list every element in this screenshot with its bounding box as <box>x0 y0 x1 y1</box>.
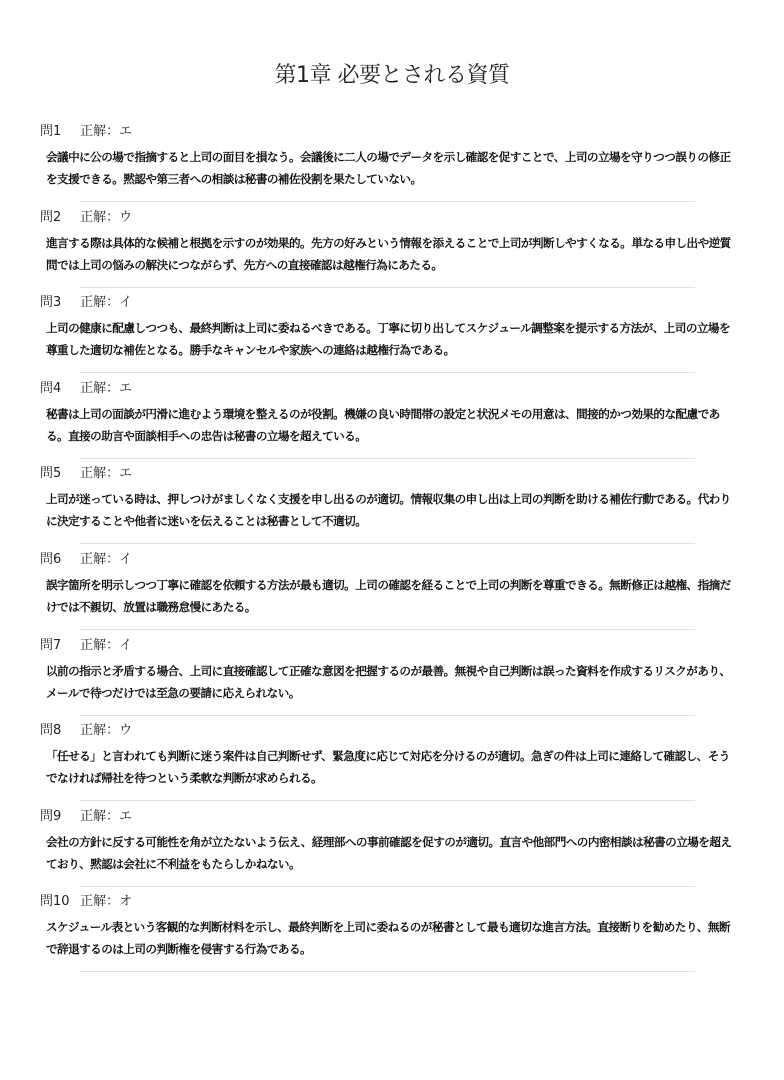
question-number: 問3 <box>40 293 74 313</box>
divider <box>80 715 695 716</box>
answer-explanation: 秘書は上司の面談が円滑に進むよう環境を整えるのが役割。機嫌の良い時間帯の設定と状… <box>46 403 738 447</box>
question-number: 問10 <box>40 892 74 912</box>
divider <box>80 543 695 544</box>
answer-explanation: 以前の指示と矛盾する場合、上司に直接確認して正確な意図を把握するのが最善。無視や… <box>46 660 738 704</box>
answer-item-9: 問9 正解：エ 会社の方針に反する可能性を角が立たないよう伝え、経理部への事前確… <box>0 807 784 893</box>
answer-header: 問1 正解：エ <box>40 122 132 142</box>
answer-explanation: 上司が迷っている時は、押しつけがましくなく支援を申し出るのが適切。情報収集の申し… <box>46 488 738 532</box>
answer-header: 問4 正解：エ <box>40 379 132 399</box>
question-number: 問9 <box>40 807 74 827</box>
correct-answer: 正解：ウ <box>80 723 132 738</box>
answer-explanation: 上司の健康に配慮しつつも、最終判断は上司に委ねるべきである。丁寧に切り出してスケ… <box>46 317 738 361</box>
correct-answer: 正解：エ <box>80 809 132 824</box>
question-number: 問1 <box>40 122 74 142</box>
correct-answer: 正解：オ <box>80 894 132 909</box>
correct-answer: 正解：イ <box>80 552 132 567</box>
answer-item-6: 問6 正解：イ 誤字箇所を明示しつつ丁寧に確認を依頼する方法が最も適切。上司の確… <box>0 550 784 636</box>
question-number: 問7 <box>40 636 74 656</box>
correct-answer: 正解：エ <box>80 466 132 481</box>
divider <box>80 458 695 459</box>
divider <box>80 971 695 972</box>
answer-item-2: 問2 正解：ウ 進言する際は具体的な候補と根拠を示すのが効果的。先方の好みという… <box>0 208 784 294</box>
correct-answer: 正解：エ <box>80 381 132 396</box>
question-number: 問5 <box>40 464 74 484</box>
correct-answer: 正解：ウ <box>80 210 132 225</box>
answer-item-1: 問1 正解：エ 会議中に公の場で指摘すると上司の面目を損なう。会議後に二人の場で… <box>0 122 784 208</box>
question-number: 問6 <box>40 550 74 570</box>
answer-item-3: 問3 正解：イ 上司の健康に配慮しつつも、最終判断は上司に委ねるべきである。丁寧… <box>0 293 784 379</box>
answer-explanation: 会社の方針に反する可能性を角が立たないよう伝え、経理部への事前確認を促すのが適切… <box>46 831 738 875</box>
question-number: 問8 <box>40 721 74 741</box>
answer-header: 問6 正解：イ <box>40 550 132 570</box>
divider <box>80 886 695 887</box>
divider <box>80 800 695 801</box>
divider <box>80 372 695 373</box>
answer-list: 問1 正解：エ 会議中に公の場で指摘すると上司の面目を損なう。会議後に二人の場で… <box>0 122 784 978</box>
answer-header: 問9 正解：エ <box>40 807 132 827</box>
question-number: 問4 <box>40 379 74 399</box>
answer-explanation: 会議中に公の場で指摘すると上司の面目を損なう。会議後に二人の場でデータを示し確認… <box>46 146 738 190</box>
answer-header: 問5 正解：エ <box>40 464 132 484</box>
answer-header: 問10 正解：オ <box>40 892 132 912</box>
correct-answer: 正解：イ <box>80 295 132 310</box>
answer-item-10: 問10 正解：オ スケジュール表という客観的な判断材料を示し、最終判断を上司に委… <box>0 892 784 978</box>
answer-header: 問2 正解：ウ <box>40 208 132 228</box>
answer-explanation: 誤字箇所を明示しつつ丁寧に確認を依頼する方法が最も適切。上司の確認を経ることで上… <box>46 574 738 618</box>
answer-header: 問3 正解：イ <box>40 293 132 313</box>
page-title: 第1章 必要とされる資質 <box>0 60 784 92</box>
answer-header: 問7 正解：イ <box>40 636 132 656</box>
answer-explanation: 進言する際は具体的な候補と根拠を示すのが効果的。先方の好みという情報を添えること… <box>46 232 738 276</box>
answer-item-4: 問4 正解：エ 秘書は上司の面談が円滑に進むよう環境を整えるのが役割。機嫌の良い… <box>0 379 784 465</box>
answer-item-5: 問5 正解：エ 上司が迷っている時は、押しつけがましくなく支援を申し出るのが適切… <box>0 464 784 550</box>
divider <box>80 287 695 288</box>
answer-item-8: 問8 正解：ウ 「任せる」と言われても判断に迷う案件は自己判断せず、緊急度に応じ… <box>0 721 784 807</box>
divider <box>80 201 695 202</box>
divider <box>80 629 695 630</box>
answer-item-7: 問7 正解：イ 以前の指示と矛盾する場合、上司に直接確認して正確な意図を把握する… <box>0 636 784 722</box>
answer-header: 問8 正解：ウ <box>40 721 132 741</box>
answer-explanation: スケジュール表という客観的な判断材料を示し、最終判断を上司に委ねるのが秘書として… <box>46 916 738 960</box>
answer-explanation: 「任せる」と言われても判断に迷う案件は自己判断せず、緊急度に応じて対応を分けるの… <box>46 745 738 789</box>
question-number: 問2 <box>40 208 74 228</box>
correct-answer: 正解：エ <box>80 124 132 139</box>
correct-answer: 正解：イ <box>80 638 132 653</box>
